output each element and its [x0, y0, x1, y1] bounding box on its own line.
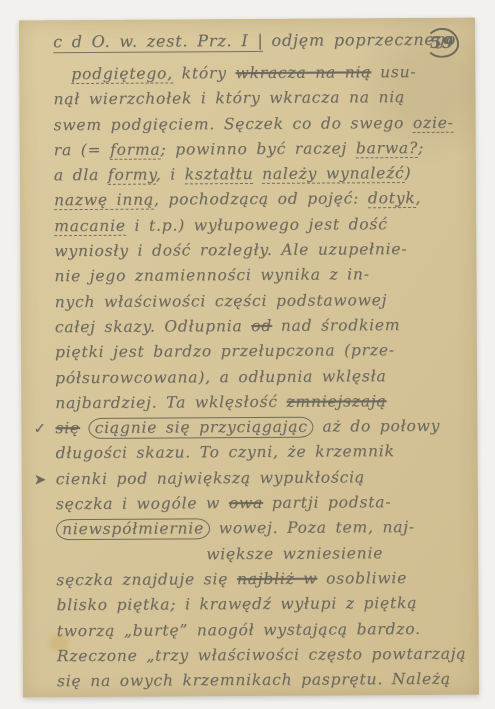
- handwriting-segment-circle: niewspółmiernie: [56, 519, 210, 541]
- handwriting-segment-strike: owa: [229, 494, 263, 512]
- scanned-image-area: c d O. w. zest. Prz. I |odjęm poprzeczne…: [0, 0, 495, 709]
- handwriting-segment-plain: ; powinno być raczej: [160, 139, 355, 158]
- handwriting-segment-plain: który: [173, 64, 236, 82]
- handwriting-line: sęczka znajduje się najbliż w osobliwie: [56, 566, 464, 594]
- handwriting-segment-strike: od: [251, 317, 272, 335]
- handwriting-line: się na owych krzemnikach pasprętu. Należ…: [57, 667, 465, 695]
- handwriting-segment-plain: partji podsta-: [263, 493, 391, 512]
- handwriting-segment-plain: całej skazy. Odłupnia: [55, 317, 252, 336]
- handwriting-line: sęczka i wogóle w owa partji podsta-: [56, 490, 464, 518]
- handwriting-segment-plain: nad środkiem: [272, 316, 400, 335]
- handwriting-segment-plain: [253, 165, 262, 183]
- handwriting-segment-dashed: ozie-: [413, 113, 454, 132]
- handwriting-segment-plain: długości skazu. To czyni, że krzemnik: [56, 443, 395, 463]
- handwriting-segment-plain: nych właściwości części podstawowej: [55, 291, 388, 311]
- handwriting-segment-plain: ;: [418, 139, 424, 157]
- handwriting-segment-plain: aż do połowy: [314, 417, 441, 436]
- handwriting-segment-plain: wowej. Poza tem, naj-: [210, 518, 415, 537]
- handwriting-segment-plain: ra (=: [54, 141, 110, 159]
- handwriting-line: tworzą „burtę” naogół wystającą bardzo.: [57, 616, 465, 644]
- handwriting-line: swem podgięciem. Sęczek co do swego ozie…: [54, 110, 462, 138]
- handwriting-segment-plain: Rzeczone „trzy właściwości często powtar…: [57, 645, 467, 666]
- handwriting-line: półsurowcowana), a odłupnia wklęsła: [55, 363, 463, 391]
- handwriting-line: a dla formy, i kształtu należy wynaleźć): [54, 161, 462, 189]
- handwriting-line: nie jego znamienności wynika z in-: [54, 262, 462, 290]
- margin-arrow-icon: ➤: [34, 467, 48, 492]
- handwriting-segment-strike: wkracza na nią: [235, 63, 371, 82]
- handwriting-segment-plain: wyniosły i dość rozległy. Ale uzupełnie-: [54, 240, 407, 260]
- handwriting-segment-plain: półsurowcowana), a odłupnia wklęsła: [55, 367, 386, 387]
- handwriting-segment-dashed: nazwę inną: [54, 191, 154, 211]
- handwriting-line: podgiętego, który wkracza na nią usu-: [53, 60, 461, 88]
- handwriting-segment-plain: cienki pod największą wypukłością: [56, 468, 365, 488]
- handwriting-line: najbardziej. Ta wklęsłość zmniejszają: [55, 389, 463, 417]
- handwriting-segment-plain: ): [404, 164, 411, 182]
- handwriting-segment-plain: a dla: [54, 166, 108, 184]
- handwriting-segment-plain: blisko piętka; i krawędź wyłupi z piętką: [56, 594, 417, 614]
- handwriting-line: większe wzniesienie: [56, 540, 464, 568]
- handwriting-body: podgiętego, który wkracza na nią usu-nął…: [53, 60, 465, 695]
- handwriting-segment-circle: ciągnie się przyciągając: [89, 417, 314, 439]
- handwriting-segment-strike: najbliż w: [237, 570, 318, 588]
- handwriting-segment-strike: zmniejszają: [286, 392, 386, 411]
- handwriting-segment-plain: się na owych krzemnikach pasprętu. Należ…: [57, 670, 451, 690]
- handwriting-line: nazwę inną, pochodzącą od pojęć: dotyk,: [54, 186, 462, 214]
- handwriting-segment-plain: swem podgięciem. Sęczek co do swego: [54, 114, 413, 134]
- handwriting-segment-plain: większe wzniesienie: [206, 544, 383, 563]
- handwriting-line: blisko piętka; i krawędź wyłupi z piętką: [56, 591, 464, 619]
- handwriting-segment-dashed: należy wynaleźć: [262, 164, 405, 184]
- handwriting-segment-plain: najbardziej. Ta wklęsłość: [55, 393, 286, 412]
- handwriting-segment-plain: i t.p.) wyłupowego jest dość: [126, 215, 388, 235]
- handwriting-segment-dashed: formy: [108, 166, 156, 185]
- handwriting-segment-dashed: kształtu: [185, 165, 254, 184]
- handwriting-segment-dashed: podgiętego,: [71, 64, 173, 84]
- handwriting-segment-plain: usu-: [371, 63, 416, 81]
- handwriting-line: długości skazu. To czyni, że krzemnik: [56, 439, 464, 467]
- handwriting-segment-plain: , i: [156, 166, 185, 184]
- handwriting-line: ra (= forma; powinno być raczej barwa?;: [54, 136, 462, 164]
- handwriting-line: macanie i t.p.) wyłupowego jest dość: [54, 211, 462, 239]
- page-number-badge: 59: [425, 28, 459, 58]
- handwriting-segment-plain: [80, 419, 89, 437]
- handwriting-line: Rzeczone „trzy właściwości często powtar…: [57, 642, 465, 670]
- handwriting-segment-plain: tworzą „burtę” naogół wystającą bardzo.: [57, 619, 421, 639]
- handwriting-line: piętki jest bardzo przełupczona (prze-: [55, 338, 463, 366]
- handwriting-line: całej skazy. Odłupnia od nad środkiem: [55, 313, 463, 341]
- handwriting-segment-plain: sęczka i wogóle w: [56, 494, 229, 513]
- handwriting-segment-plain: sęczka znajduje się: [56, 570, 237, 589]
- handwriting-segment-dashed: forma: [110, 140, 161, 159]
- handwriting-segment-dashed: dotyk: [368, 189, 416, 208]
- handwriting-segment-plain: nie jego znamienności wynika z in-: [54, 266, 369, 286]
- handwriting-line: nął wierzchołek i który wkracza na nią: [53, 85, 461, 113]
- handwriting-segment-strike: się: [55, 419, 80, 437]
- handwriting-line: wyniosły i dość rozległy. Ale uzupełnie-: [54, 237, 462, 265]
- handwriting-segment-plain: piętki jest bardzo przełupczona (prze-: [55, 341, 395, 361]
- handwriting-segment-plain: , pochodzącą od pojęć:: [154, 190, 368, 209]
- handwriting-segment-plain: osobliwie: [317, 569, 407, 588]
- handwriting-line: niewspółmiernie wowej. Poza tem, naj-: [56, 515, 464, 543]
- handwriting-segment-plain: nął wierzchołek i który wkracza na nią: [53, 88, 405, 108]
- margin-check-icon: ✓: [33, 416, 47, 441]
- handwriting-line: nych właściwości części podstawowej: [55, 287, 463, 315]
- handwriting-segment-dashed: macanie: [54, 217, 126, 236]
- handwriting-line: ➤cienki pod największą wypukłością: [56, 464, 464, 492]
- manuscript-page: c d O. w. zest. Prz. I |odjęm poprzeczne…: [19, 18, 479, 698]
- page-header: c d O. w. zest. Prz. I |odjęm poprzeczne…: [53, 30, 461, 62]
- header-reference: c d O. w. zest. Prz. I |: [53, 31, 264, 53]
- handwriting-segment-plain: ,: [415, 189, 421, 207]
- handwriting-line: ✓się ciągnie się przyciągając aż do poło…: [55, 414, 463, 442]
- handwriting-segment-dashed: barwa?: [356, 139, 418, 158]
